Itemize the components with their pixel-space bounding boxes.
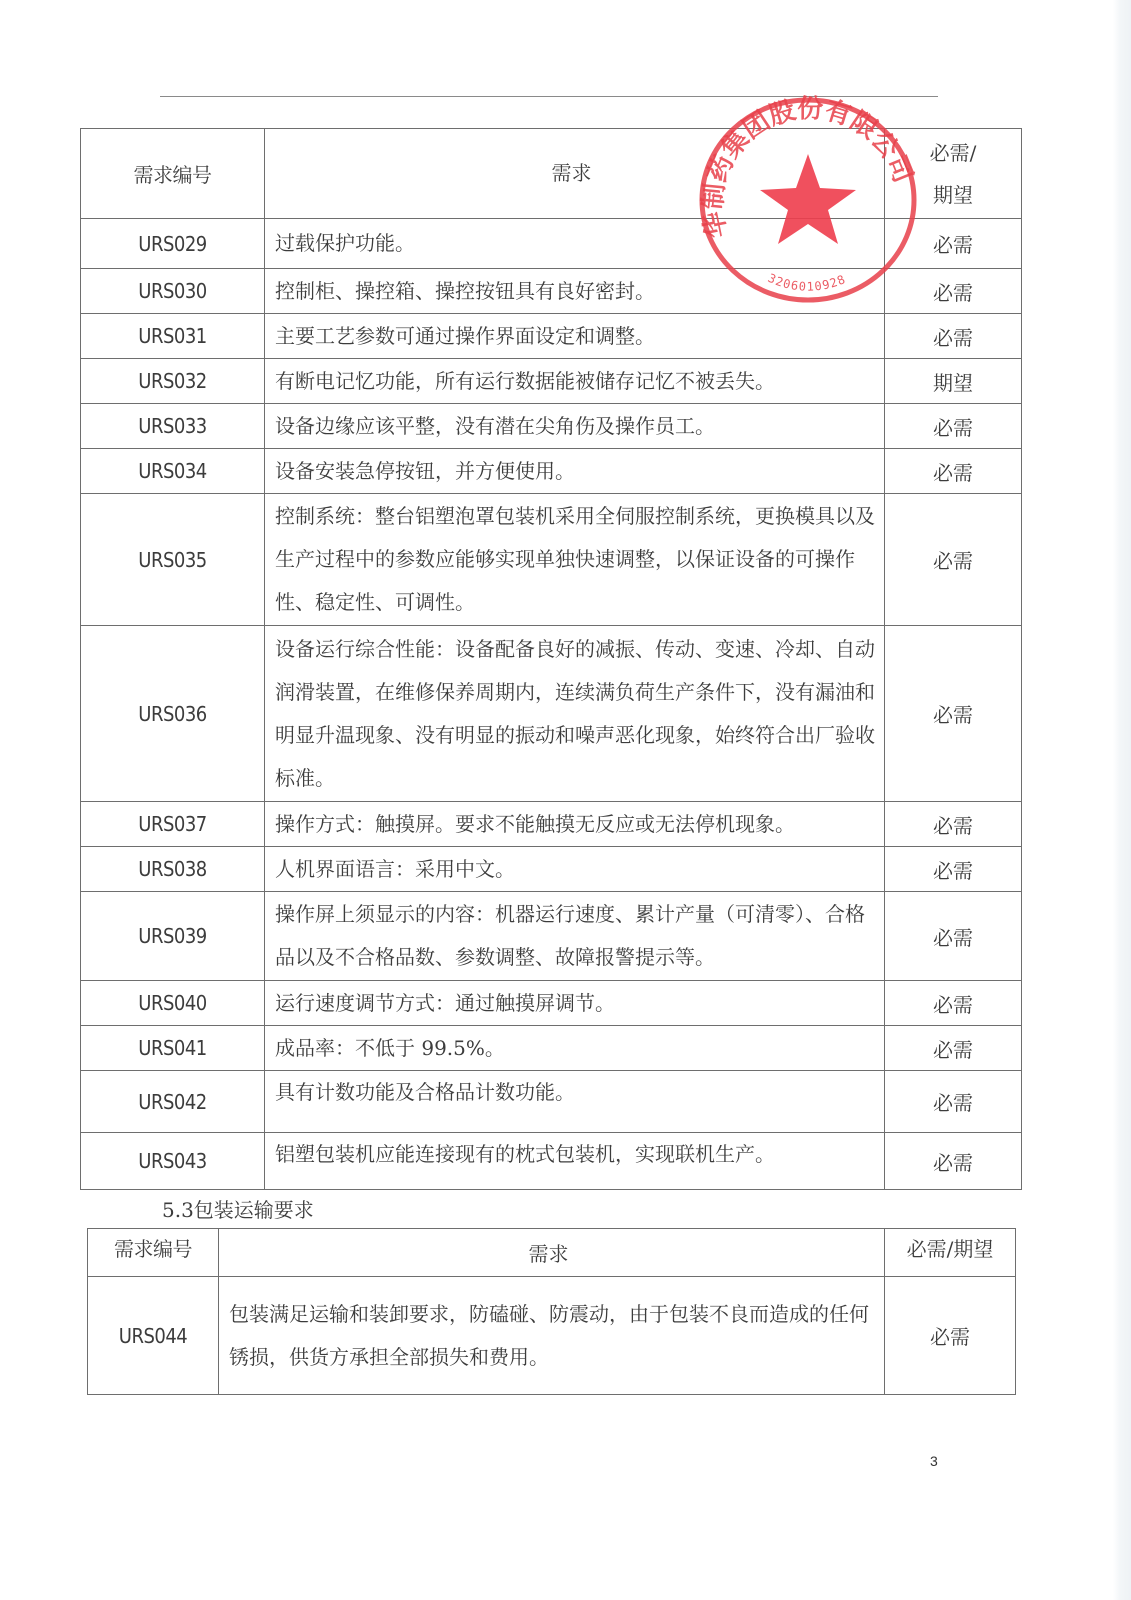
header-flag-line2: 期望	[885, 174, 1021, 216]
page-number: 3	[930, 1453, 938, 1469]
header-flag: 必需/期望	[885, 1229, 1016, 1277]
row-flag: 期望	[885, 359, 1022, 404]
table-row: URS032 有断电记忆功能，所有运行数据能被储存记忆不被丢失。 期望	[81, 359, 1022, 404]
table-header-row: 需求编号 需求 必需/期望	[88, 1229, 1016, 1277]
row-flag: 必需	[885, 314, 1022, 359]
section-title: 5.3包装运输要求	[162, 1194, 314, 1223]
row-flag: 必需	[885, 1071, 1022, 1133]
row-flag: 必需	[885, 1277, 1016, 1395]
row-flag: 必需	[885, 269, 1022, 314]
row-id: URS032	[81, 359, 265, 404]
row-id: URS043	[81, 1133, 265, 1190]
row-id: URS033	[81, 404, 265, 449]
row-flag: 必需	[885, 494, 1022, 626]
table-row: URS029 过载保护功能。 必需	[81, 219, 1022, 269]
row-requirement: 过载保护功能。	[265, 219, 885, 269]
requirements-table: 需求编号 需求 必需/ 期望 URS029 过载保护功能。 必需 URS030 …	[80, 128, 1022, 1190]
row-requirement: 具有计数功能及合格品计数功能。	[265, 1071, 885, 1133]
row-flag: 必需	[885, 1026, 1022, 1071]
row-requirement: 包装满足运输和装卸要求，防磕碰、防震动，由于包装不良而造成的任何锈损，供货方承担…	[219, 1277, 885, 1395]
header-flag: 必需/ 期望	[885, 129, 1022, 219]
row-flag: 必需	[885, 981, 1022, 1026]
row-id: URS038	[81, 847, 265, 892]
header-id: 需求编号	[88, 1229, 219, 1277]
row-requirement: 设备边缘应该平整，没有潜在尖角伤及操作员工。	[265, 404, 885, 449]
row-id: URS042	[81, 1071, 265, 1133]
header-requirement: 需求	[219, 1229, 885, 1277]
table-row: URS031 主要工艺参数可通过操作界面设定和调整。 必需	[81, 314, 1022, 359]
row-flag: 必需	[885, 847, 1022, 892]
header-id: 需求编号	[81, 129, 265, 219]
row-requirement: 运行速度调节方式：通过触摸屏调节。	[265, 981, 885, 1026]
table-row: URS036 设备运行综合性能：设备配备良好的减振、传动、变速、冷却、自动润滑装…	[81, 626, 1022, 802]
row-requirement: 人机界面语言：采用中文。	[265, 847, 885, 892]
row-requirement: 成品率：不低于 99.5%。	[265, 1026, 885, 1071]
row-flag: 必需	[885, 1133, 1022, 1190]
row-id: URS034	[81, 449, 265, 494]
table-row: URS039 操作屏上须显示的内容：机器运行速度、累计产量（可清零）、合格品以及…	[81, 892, 1022, 981]
row-id: URS035	[81, 494, 265, 626]
table-row: URS042 具有计数功能及合格品计数功能。 必需	[81, 1071, 1022, 1133]
table-row: URS043 铝塑包装机应能连接现有的枕式包装机，实现联机生产。 必需	[81, 1133, 1022, 1190]
table-row: URS037 操作方式：触摸屏。要求不能触摸无反应或无法停机现象。 必需	[81, 802, 1022, 847]
row-requirement: 主要工艺参数可通过操作界面设定和调整。	[265, 314, 885, 359]
header-flag-line1: 必需/	[885, 132, 1021, 174]
row-flag: 必需	[885, 449, 1022, 494]
header-requirement: 需求	[265, 129, 885, 219]
row-id: URS029	[81, 219, 265, 269]
table-row: URS034 设备安装急停按钮，并方便使用。 必需	[81, 449, 1022, 494]
row-requirement: 操作方式：触摸屏。要求不能触摸无反应或无法停机现象。	[265, 802, 885, 847]
row-requirement: 控制柜、操控箱、操控按钮具有良好密封。	[265, 269, 885, 314]
row-id: URS030	[81, 269, 265, 314]
row-id: URS041	[81, 1026, 265, 1071]
row-id: URS031	[81, 314, 265, 359]
row-requirement: 设备运行综合性能：设备配备良好的减振、传动、变速、冷却、自动润滑装置，在维修保养…	[265, 626, 885, 802]
packaging-requirements-table: 需求编号 需求 必需/期望 URS044 包装满足运输和装卸要求，防磕碰、防震动…	[87, 1228, 1016, 1395]
table-row: URS033 设备边缘应该平整，没有潜在尖角伤及操作员工。 必需	[81, 404, 1022, 449]
row-flag: 必需	[885, 892, 1022, 981]
row-id: URS037	[81, 802, 265, 847]
page-edge-shadow	[1113, 0, 1131, 1600]
table-row: URS038 人机界面语言：采用中文。 必需	[81, 847, 1022, 892]
table-row: URS040 运行速度调节方式：通过触摸屏调节。 必需	[81, 981, 1022, 1026]
row-id: URS039	[81, 892, 265, 981]
row-requirement: 铝塑包装机应能连接现有的枕式包装机，实现联机生产。	[265, 1133, 885, 1190]
table-row: URS044 包装满足运输和装卸要求，防磕碰、防震动，由于包装不良而造成的任何锈…	[88, 1277, 1016, 1395]
row-id: URS044	[88, 1277, 219, 1395]
row-requirement: 有断电记忆功能，所有运行数据能被储存记忆不被丢失。	[265, 359, 885, 404]
table-row: URS035 控制系统：整台铝塑泡罩包装机采用全伺服控制系统，更换模具以及生产过…	[81, 494, 1022, 626]
row-requirement: 操作屏上须显示的内容：机器运行速度、累计产量（可清零）、合格品以及不合格品数、参…	[265, 892, 885, 981]
row-flag: 必需	[885, 802, 1022, 847]
row-flag: 必需	[885, 404, 1022, 449]
row-requirement: 设备安装急停按钮，并方便使用。	[265, 449, 885, 494]
row-id: URS036	[81, 626, 265, 802]
row-flag: 必需	[885, 219, 1022, 269]
table-row: URS041 成品率：不低于 99.5%。 必需	[81, 1026, 1022, 1071]
table-row: URS030 控制柜、操控箱、操控按钮具有良好密封。 必需	[81, 269, 1022, 314]
row-flag: 必需	[885, 626, 1022, 802]
table-header-row: 需求编号 需求 必需/ 期望	[81, 129, 1022, 219]
row-id: URS040	[81, 981, 265, 1026]
header-rule	[160, 96, 938, 97]
row-requirement: 控制系统：整台铝塑泡罩包装机采用全伺服控制系统，更换模具以及生产过程中的参数应能…	[265, 494, 885, 626]
